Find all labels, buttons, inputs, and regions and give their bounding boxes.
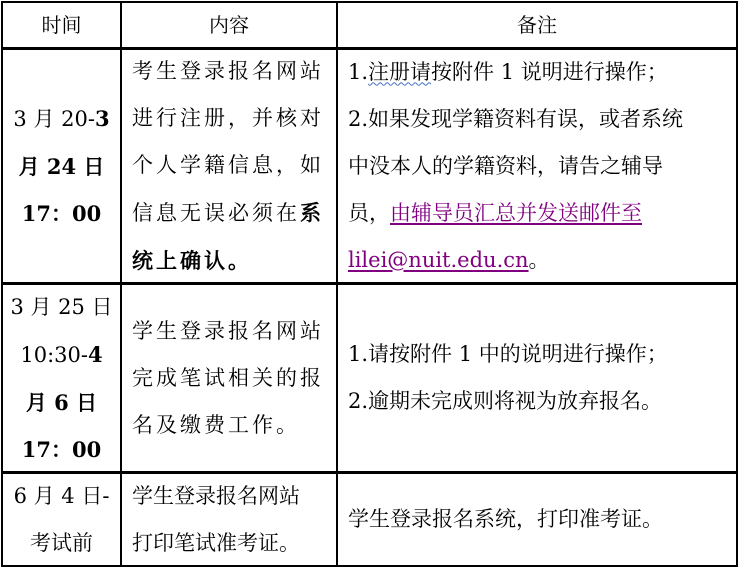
row2-content-line2: 完成笔试相关的报	[132, 355, 324, 402]
row2-notes-item2: 2.逾期未完成则将视为放弃报名。	[348, 378, 662, 425]
row1-notes-item2-line2: 中没本人的学籍资料，请告之辅导	[348, 143, 663, 190]
row2-notes-item1: 1.请按附件 1 中的说明进行操作；	[348, 331, 668, 378]
row2-content-line3: 名及缴费工作。	[132, 402, 300, 449]
row3-content-line2: 打印笔试准考证。	[132, 520, 300, 567]
email-link[interactable]: lilei@nuit.edu.cn	[348, 248, 529, 272]
spellcheck-underline: 注册请	[368, 60, 431, 84]
schedule-table: 时间 内容 备注 3 月 20-3 月 24 日 17：00 考生登录报名网站 …	[1, 1, 738, 567]
row3-content-line1: 学生登录报名网站	[132, 473, 300, 520]
row1-time: 3 月 20-3 月 24 日 17：00	[3, 50, 120, 282]
row3-time-line1: 6 月 4 日-	[14, 473, 110, 520]
row1-time-line3: 17：00	[22, 190, 101, 237]
row2-time-line4: 17：00	[22, 426, 101, 473]
row1-content-line4: 信息无误必须在系	[132, 189, 324, 237]
row3-notes: 学生登录报名系统，打印准考证。	[348, 474, 736, 565]
column-divider-1	[120, 1, 122, 567]
row3-time-line2: 考试前	[30, 520, 93, 567]
row3-time: 6 月 4 日- 考试前	[3, 474, 120, 565]
row1-content-line1: 考生登录报名网站	[132, 48, 324, 95]
row1-content-line5: 统上确认。	[132, 237, 252, 284]
row2-time-line1: 3 月 25 日	[10, 284, 112, 331]
header-time-label: 时间	[42, 2, 82, 48]
row1-content: 考生登录报名网站 进行注册，并核对 个人学籍信息，如 信息无误必须在系 统上确认…	[132, 50, 336, 282]
column-divider-2	[336, 1, 338, 567]
table-border-bottom	[1, 565, 738, 567]
table-border-right	[736, 1, 738, 567]
header-time: 时间	[3, 3, 120, 47]
header-notes-label: 备注	[517, 2, 557, 48]
row2-content: 学生登录报名网站 完成笔试相关的报 名及缴费工作。	[132, 285, 336, 471]
row2-time-line2: 10:30-4	[20, 331, 102, 379]
row3-content: 学生登录报名网站 打印笔试准考证。	[132, 474, 336, 565]
row2-notes: 1.请按附件 1 中的说明进行操作； 2.逾期未完成则将视为放弃报名。	[348, 285, 736, 471]
row2-time: 3 月 25 日 10:30-4 月 6 日 17：00	[3, 285, 120, 471]
row3-notes-item1: 学生登录报名系统，打印准考证。	[348, 496, 663, 543]
email-link-text[interactable]: 由辅导员汇总并发送邮件至	[390, 201, 642, 225]
row1-notes: 1.注册请按附件 1 说明进行操作； 2.如果发现学籍资料有误，或者系统 中没本…	[348, 50, 736, 282]
row1-notes-item2-line1: 2.如果发现学籍资料有误，或者系统	[348, 96, 683, 143]
row1-time-line1: 3 月 20-3	[13, 95, 109, 143]
row1-content-line2: 进行注册，并核对	[132, 95, 324, 142]
row1-time-line2: 月 24 日	[19, 143, 105, 190]
row1-notes-item2-line4: lilei@nuit.edu.cn。	[348, 237, 550, 284]
row2-time-line3: 月 6 日	[26, 379, 97, 426]
row1-notes-item1: 1.注册请按附件 1 说明进行操作；	[348, 49, 668, 96]
header-notes: 备注	[338, 3, 736, 47]
header-content: 内容	[122, 3, 336, 47]
row1-content-line3: 个人学籍信息，如	[132, 142, 324, 189]
header-content-label: 内容	[209, 2, 249, 48]
row2-content-line1: 学生登录报名网站	[132, 308, 324, 355]
row1-notes-item2-line3: 员，由辅导员汇总并发送邮件至	[348, 190, 642, 237]
